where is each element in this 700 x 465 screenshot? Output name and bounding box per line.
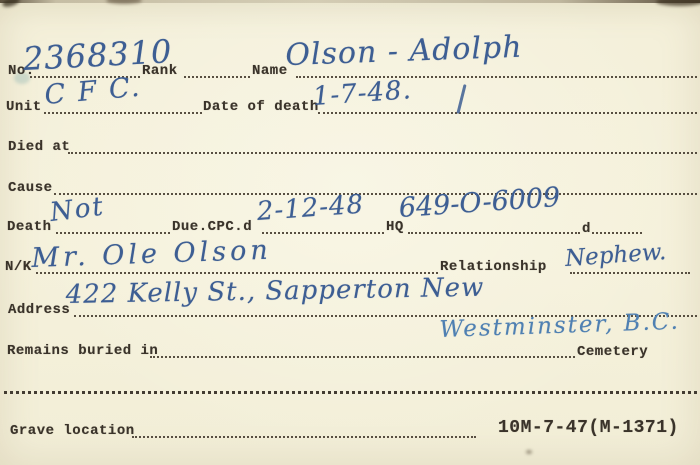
separator-dotted-line <box>4 388 697 394</box>
hq-file-number-handwritten: 649-O-6009 <box>398 182 561 224</box>
dotted-line <box>68 150 697 154</box>
dotted-line <box>56 230 170 234</box>
cemetery-label: Cemetery <box>577 344 648 360</box>
dotted-line <box>318 110 697 114</box>
relationship-handwritten: Nephew. <box>564 239 667 272</box>
dotted-line <box>150 354 575 358</box>
service-number-handwritten: 2368310 <box>22 32 173 78</box>
unit-label: Unit <box>6 99 42 115</box>
form-number: 10M-7-47(M-1371) <box>498 418 679 438</box>
address-handwritten: 422 Kelly St., Sapperton New <box>65 273 484 310</box>
scan-top-edge <box>0 0 700 3</box>
date-of-death-handwritten: 1-7-48. <box>312 75 413 112</box>
dotted-line <box>132 434 476 438</box>
scan-speck <box>526 450 532 454</box>
next-of-kin-handwritten: Mr. Ole Olson <box>31 235 272 274</box>
cause-label: Cause <box>8 180 53 196</box>
date-of-death-label: Date of death <box>203 99 319 115</box>
death-record-card: No. Rank Name 2368310 Olson - Adolph Uni… <box>0 0 700 465</box>
grave-location-label: Grave location <box>10 423 135 439</box>
due-cpc-date-handwritten: 2-12-48 <box>256 190 365 227</box>
scan-smudge <box>106 0 142 4</box>
scan-smudge <box>1 0 21 9</box>
scan-smudge <box>656 0 700 6</box>
died-at-label: Died at <box>8 139 70 155</box>
remains-buried-in-label: Remains buried in <box>7 343 158 359</box>
dotted-line <box>262 230 384 234</box>
death-label: Death <box>7 219 52 235</box>
dotted-line <box>592 230 642 234</box>
d-suffix-label: d <box>582 221 591 237</box>
dotted-line <box>54 191 697 195</box>
name-label: Name <box>252 63 288 79</box>
address-label: Address <box>8 302 70 318</box>
dotted-line <box>184 74 250 78</box>
next-of-kin-label: N/K <box>5 259 32 275</box>
dotted-line <box>570 270 690 274</box>
dotted-line <box>296 74 697 78</box>
name-handwritten: Olson - Adolph <box>285 30 523 73</box>
dotted-line <box>44 110 202 114</box>
dotted-line <box>408 230 580 234</box>
due-cpc-label: Due.CPC.d <box>172 219 252 235</box>
death-handwritten: Not <box>48 192 106 228</box>
